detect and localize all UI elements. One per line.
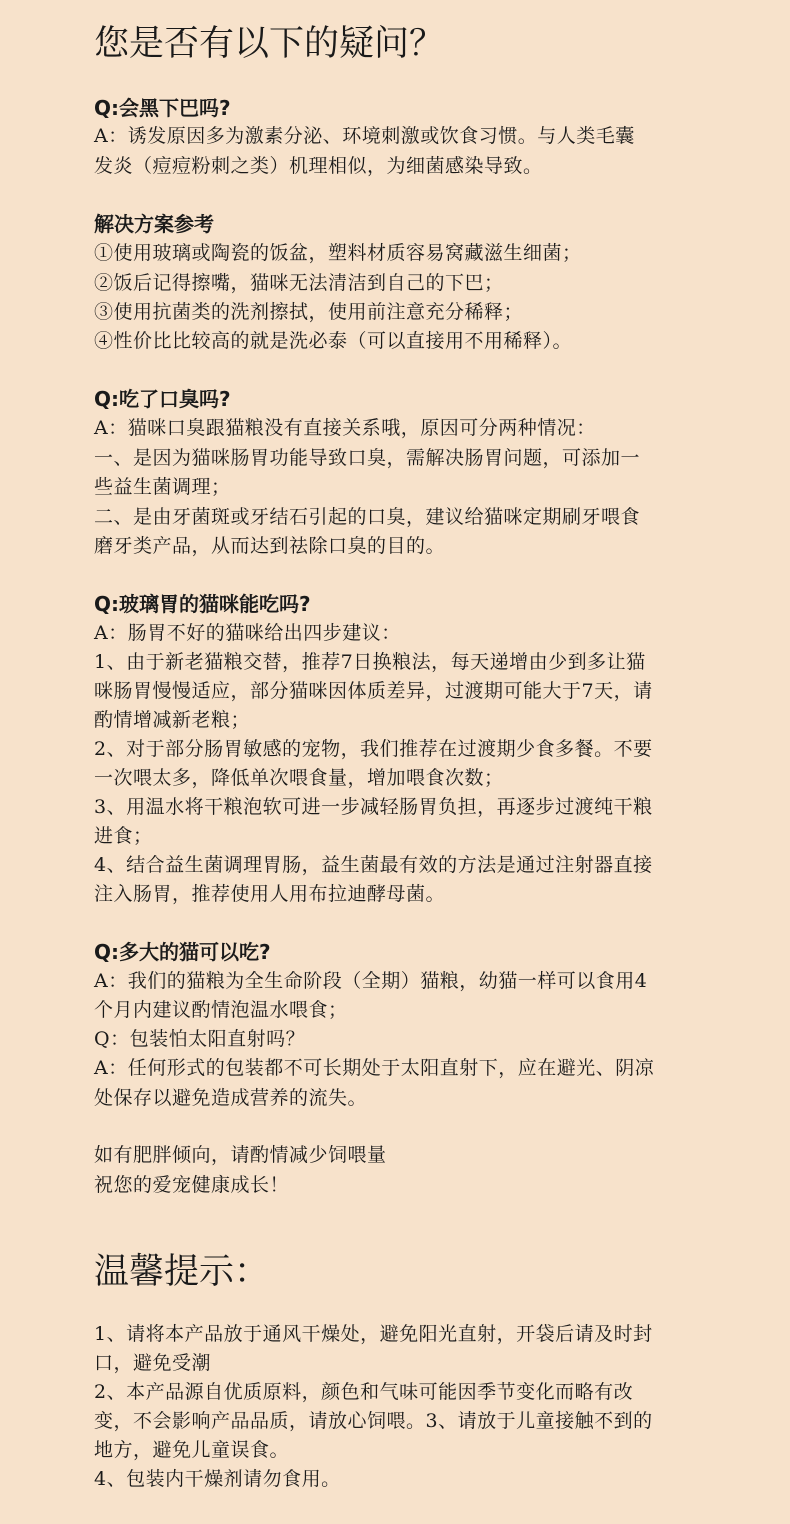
answer-line: 一次喂太多，降低单次喂食量，增加喂食次数； [94, 766, 504, 790]
answer-line: 发炎（痘痘粉刺之类）机理相似，为细菌感染导致。 [94, 154, 543, 178]
closing-line: 如有肥胖倾向，请酌情减少饲喂量 [94, 1143, 387, 1167]
tip-line: 地方，避免儿童误食。 [94, 1438, 289, 1462]
tip-line: 2、本产品源自优质原料，颜色和气味可能因季节变化而略有改 [94, 1380, 633, 1404]
faq-title: 您是否有以下的疑问？ [94, 22, 444, 66]
solution-item: ①使用玻璃或陶瓷的饭盆，塑料材质容易窝藏滋生细菌； [94, 241, 582, 265]
answer-line: A：诱发原因多为激素分泌、环境刺激或饮食习惯。与人类毛囊 [94, 124, 635, 148]
question-age: Q:多大的猫可以吃? [94, 940, 271, 964]
question-breath: Q:吃了口臭吗? [94, 387, 231, 411]
closing-line: 祝您的爱宠健康成长！ [94, 1173, 289, 1197]
answer-line: 处保存以避免造成营养的流失。 [94, 1086, 367, 1110]
solution-item: ②饭后记得擦嘴，猫咪无法清洁到自己的下巴； [94, 271, 504, 295]
solution-item: ③使用抗菌类的洗剂擦拭，使用前注意充分稀释； [94, 300, 523, 324]
answer-line: Q：包装怕太阳直射吗？ [94, 1027, 305, 1051]
question-stomach: Q:玻璃胃的猫咪能吃吗? [94, 592, 311, 616]
answer-line: 咪肠胃慢慢适应，部分猫咪因体质差异，过渡期可能大于7天，请 [94, 679, 653, 703]
tips-title: 温馨提示： [94, 1250, 269, 1294]
question-chin: Q:会黑下巴吗? [94, 96, 231, 120]
answer-line: 4、结合益生菌调理胃肠，益生菌最有效的方法是通过注射器直接 [94, 853, 653, 877]
answer-line: 注入肠胃，推荐使用人用布拉迪酵母菌。 [94, 882, 445, 906]
answer-line: 二、是由牙菌斑或牙结石引起的口臭，建议给猫咪定期刷牙喂食 [94, 505, 640, 529]
answer-line: 个月内建议酌情泡温水喂食； [94, 998, 348, 1022]
tip-line: 口，避免受潮 [94, 1351, 211, 1375]
answer-line: 磨牙类产品，从而达到祛除口臭的目的。 [94, 534, 445, 558]
solution-item: ④性价比比较高的就是洗必泰（可以直接用不用稀释）。 [94, 329, 572, 353]
answer-line: A：任何形式的包装都不可长期处于太阳直射下，应在避光、阴凉 [94, 1056, 654, 1080]
answer-line: 1、由于新老猫粮交替，推荐7日换粮法，每天递增由少到多让猫 [94, 650, 646, 674]
solutions-title: 解决方案参考 [94, 212, 214, 236]
answer-line: 酌情增减新老粮； [94, 708, 250, 732]
tip-line: 4、包装内干燥剂请勿食用。 [94, 1467, 341, 1491]
answer-line: 些益生菌调理； [94, 475, 231, 499]
tip-line: 1、请将本产品放于通风干燥处，避免阳光直射，开袋后请及时封 [94, 1322, 653, 1346]
answer-line: 2、对于部分肠胃敏感的宠物，我们推荐在过渡期少食多餐。不要 [94, 737, 653, 761]
answer-line: A：肠胃不好的猫咪给出四步建议： [94, 621, 401, 645]
answer-line: 一、是因为猫咪肠胃功能导致口臭，需解决肠胃问题，可添加一 [94, 446, 640, 470]
answer-line: 3、用温水将干粮泡软可进一步减轻肠胃负担，再逐步过渡纯干粮 [94, 795, 653, 819]
tip-line: 变，不会影响产品品质，请放心饲喂。3、请放于儿童接触不到的 [94, 1409, 653, 1433]
answer-line: A：猫咪口臭跟猫粮没有直接关系哦，原因可分两种情况： [94, 416, 596, 440]
answer-line: A：我们的猫粮为全生命阶段（全期）猫粮，幼猫一样可以食用4 [94, 969, 647, 993]
answer-line: 进食； [94, 824, 153, 848]
